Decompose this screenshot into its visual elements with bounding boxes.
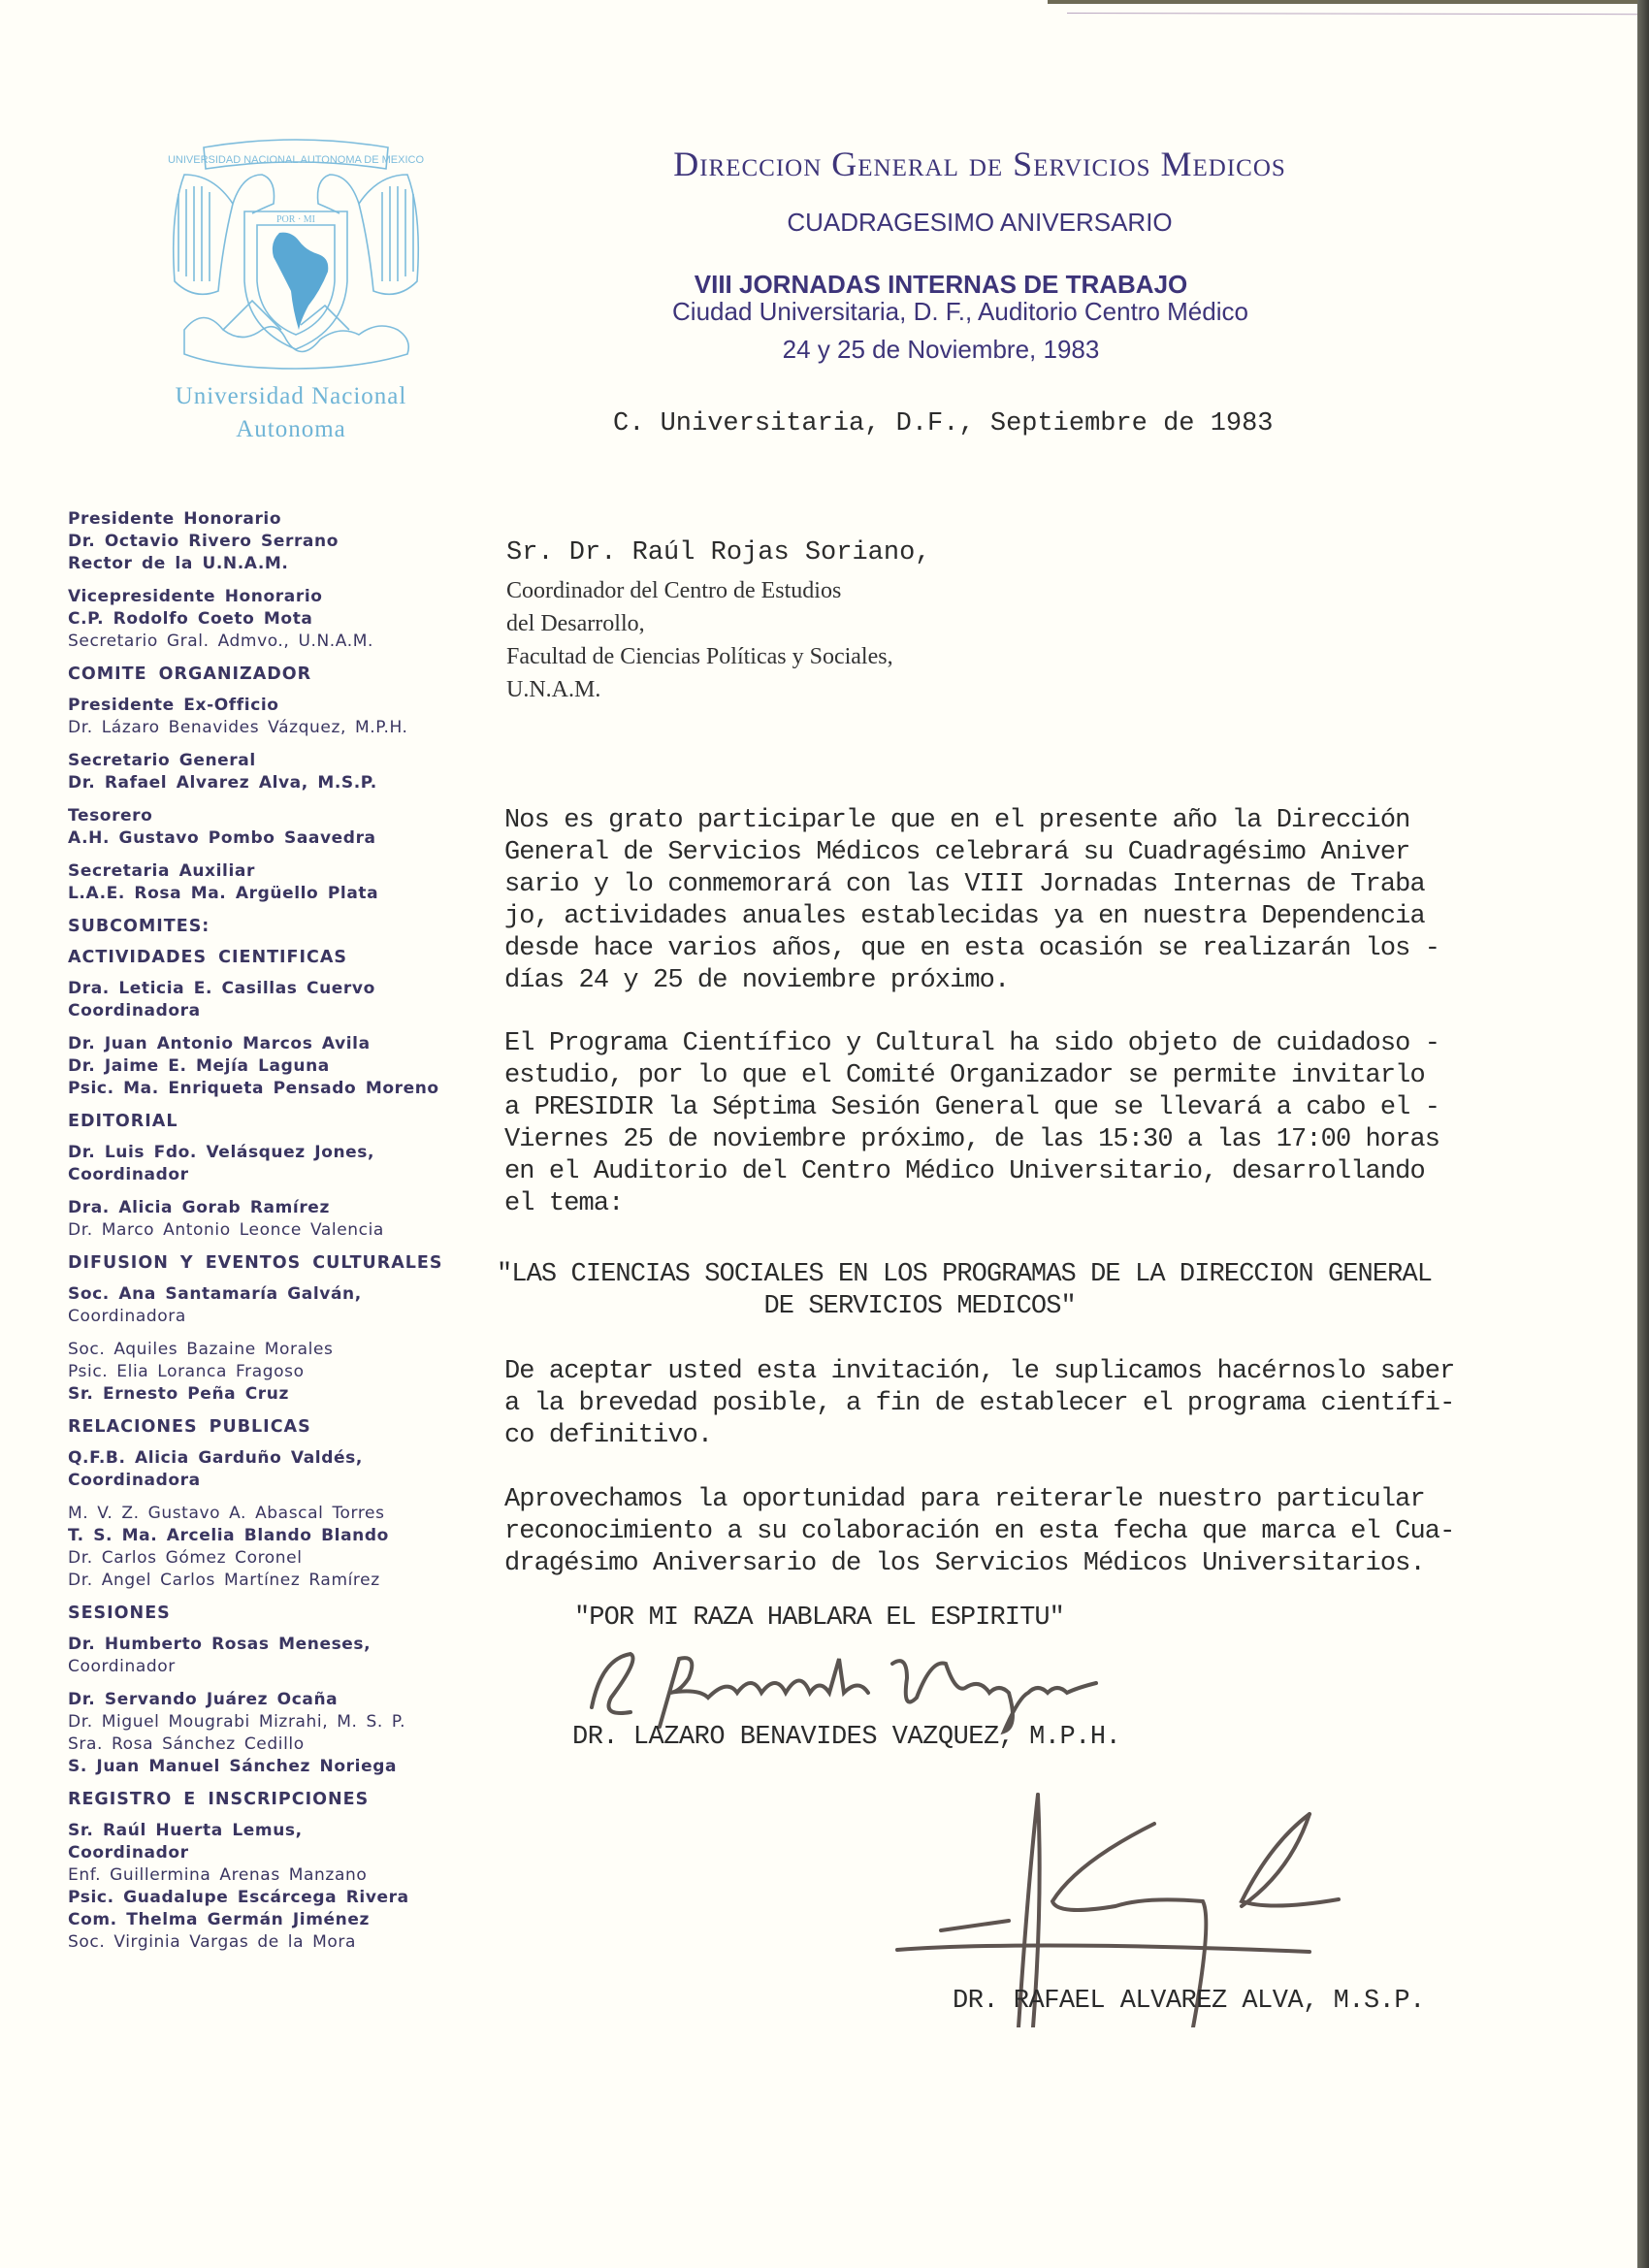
- svg-text:UNIVERSIDAD NACIONAL AUTONOMA: UNIVERSIDAD NACIONAL AUTONOMA DE MEXICO: [168, 154, 424, 166]
- addressee-line: U.N.A.M.: [506, 673, 930, 706]
- university-name: Universidad Nacional Autonoma: [136, 380, 446, 446]
- committee-member-group: M. V. Z. Gustavo A. Abascal TorresT. S. …: [68, 1503, 475, 1592]
- committee-member-line: Vicepresidente Honorario: [68, 586, 475, 608]
- committee-member-line: Soc. Virginia Vargas de la Mora: [68, 1931, 475, 1954]
- body-paragraph-4: Aprovechamos la oportunidad para reitera…: [504, 1484, 1552, 1580]
- committee-member-line: Sr. Raúl Huerta Lemus,: [68, 1820, 475, 1842]
- addressee-line: Coordinador del Centro de Estudios: [506, 574, 930, 607]
- committee-heading: REGISTRO E INSCRIPCIONES: [68, 1789, 475, 1811]
- signer-name-2: DR. RAFAEL ALVAREZ ALVA, M.S.P.: [953, 1987, 1425, 2016]
- session-theme: "LAS CIENCIAS SOCIALES EN LOS PROGRAMAS …: [497, 1259, 1544, 1323]
- body-paragraph-1: Nos es grato participarle que en el pres…: [504, 805, 1552, 997]
- body-paragraph-2: El Programa Científico y Cultural ha sid…: [504, 1028, 1552, 1220]
- committee-member-line: Dr. Carlos Gómez Coronel: [68, 1547, 475, 1570]
- committee-member-line: Dra. Leticia E. Casillas Cuervo: [68, 978, 475, 1000]
- committee-member-line: Dr. Angel Carlos Martínez Ramírez: [68, 1570, 475, 1592]
- committee-member-line: A.H. Gustavo Pombo Saavedra: [68, 827, 475, 850]
- committee-heading: ACTIVIDADES CIENTIFICAS: [68, 947, 475, 969]
- addressee-line: Facultad de Ciencias Políticas y Sociale…: [506, 640, 930, 673]
- committee-member-line: Psic. Elia Loranca Fragoso: [68, 1361, 475, 1383]
- committee-sidebar: Presidente HonorarioDr. Octavio Rivero S…: [68, 508, 475, 1964]
- committee-member-group: Presidente HonorarioDr. Octavio Rivero S…: [68, 508, 475, 575]
- committee-member-line: Tesorero: [68, 805, 475, 827]
- committee-member-line: Dr. Luis Fdo. Velásquez Jones,: [68, 1142, 475, 1164]
- committee-member-line: Dr. Marco Antonio Leonce Valencia: [68, 1219, 475, 1242]
- committee-member-line: Com. Thelma Germán Jiménez: [68, 1909, 475, 1931]
- committee-member-group: Dr. Juan Antonio Marcos AvilaDr. Jaime E…: [68, 1033, 475, 1100]
- committee-member-line: Coordinadora: [68, 1306, 475, 1328]
- committee-member-group: Sr. Raúl Huerta Lemus,CoordinadorEnf. Gu…: [68, 1820, 475, 1954]
- committee-member-group: Dr. Humberto Rosas Meneses,Coordinador: [68, 1634, 475, 1678]
- letterhead-subtitle: CUADRAGESIMO ANIVERSARIO: [543, 208, 1416, 238]
- university-motto: "POR MI RAZA HABLARA EL ESPIRITU": [574, 1604, 1064, 1633]
- scan-edge-line: [1067, 13, 1637, 15]
- committee-member-line: Secretaria Auxiliar: [68, 860, 475, 883]
- committee-member-group: Presidente Ex-OfficioDr. Lázaro Benavide…: [68, 695, 475, 739]
- university-name-line2: Autonoma: [136, 413, 446, 446]
- committee-member-line: Sr. Ernesto Peña Cruz: [68, 1383, 475, 1406]
- committee-member-line: Dr. Lázaro Benavides Vázquez, M.P.H.: [68, 717, 475, 739]
- unam-coat-of-arms-icon: UNIVERSIDAD NACIONAL AUTONOMA DE MEXICO …: [165, 136, 427, 378]
- committee-member-line: Rector de la U.N.A.M.: [68, 553, 475, 575]
- committee-member-line: Soc. Ana Santamaría Galván,: [68, 1283, 475, 1306]
- event-name: VIII JORNADAS INTERNAS DE TRABAJO: [504, 270, 1377, 300]
- committee-member-line: Psic. Guadalupe Escárcega Rivera: [68, 1887, 475, 1909]
- committee-member-line: Secretario General: [68, 750, 475, 772]
- committee-member-line: L.A.E. Rosa Ma. Argüello Plata: [68, 883, 475, 905]
- committee-member-line: Dr. Servando Juárez Ocaña: [68, 1689, 475, 1711]
- committee-heading: SUBCOMITES:: [68, 916, 475, 938]
- committee-heading: EDITORIAL: [68, 1111, 475, 1133]
- committee-member-line: Q.F.B. Alicia Garduño Valdés,: [68, 1447, 475, 1470]
- committee-member-group: Dra. Alicia Gorab RamírezDr. Marco Anton…: [68, 1197, 475, 1242]
- committee-member-line: S. Juan Manuel Sánchez Noriega: [68, 1756, 475, 1778]
- handwritten-signature-icon: [572, 1639, 1174, 1736]
- committee-member-line: Coordinador: [68, 1656, 475, 1678]
- addressee-block: Sr. Dr. Raúl Rojas Soriano, Coordinador …: [506, 532, 930, 706]
- event-place: Ciudad Universitaria, D. F., Auditorio C…: [524, 297, 1397, 327]
- committee-member-group: Q.F.B. Alicia Garduño Valdés,Coordinador…: [68, 1447, 475, 1492]
- scan-edge-top: [1048, 0, 1649, 4]
- committee-heading: SESIONES: [68, 1603, 475, 1625]
- committee-member-group: Vicepresidente HonorarioC.P. Rodolfo Coe…: [68, 586, 475, 653]
- committee-member-line: Dr. Octavio Rivero Serrano: [68, 531, 475, 553]
- committee-member-line: Dr. Miguel Mougrabi Mizrahi, M. S. P.: [68, 1711, 475, 1733]
- committee-member-line: Soc. Aquiles Bazaine Morales: [68, 1339, 475, 1361]
- svg-text:POR · MI: POR · MI: [276, 214, 315, 225]
- committee-member-group: Secretaria AuxiliarL.A.E. Rosa Ma. Argüe…: [68, 860, 475, 905]
- committee-member-group: Dr. Servando Juárez OcañaDr. Miguel Moug…: [68, 1689, 475, 1778]
- committee-member-line: Presidente Ex-Officio: [68, 695, 475, 717]
- committee-member-group: Soc. Aquiles Bazaine MoralesPsic. Elia L…: [68, 1339, 475, 1406]
- committee-member-line: Sra. Rosa Sánchez Cedillo: [68, 1733, 475, 1756]
- committee-member-line: Psic. Ma. Enriqueta Pensado Moreno: [68, 1078, 475, 1100]
- committee-member-line: Dr. Humberto Rosas Meneses,: [68, 1634, 475, 1656]
- committee-member-line: Secretario Gral. Admvo., U.N.A.M.: [68, 631, 475, 653]
- committee-member-line: M. V. Z. Gustavo A. Abascal Torres: [68, 1503, 475, 1525]
- university-name-line1: Universidad Nacional: [136, 380, 446, 413]
- committee-heading: COMITE ORGANIZADOR: [68, 664, 475, 686]
- committee-member-line: Enf. Guillermina Arenas Manzano: [68, 1864, 475, 1887]
- committee-member-line: Dr. Jaime E. Mejía Laguna: [68, 1055, 475, 1078]
- committee-heading: RELACIONES PUBLICAS: [68, 1416, 475, 1439]
- committee-member-line: T. S. Ma. Arcelia Blando Blando: [68, 1525, 475, 1547]
- committee-member-group: TesoreroA.H. Gustavo Pombo Saavedra: [68, 805, 475, 850]
- committee-member-line: Coordinador: [68, 1164, 475, 1186]
- body-paragraph-3: De aceptar usted esta invitación, le sup…: [504, 1356, 1552, 1452]
- committee-member-line: Dr. Juan Antonio Marcos Avila: [68, 1033, 475, 1055]
- event-dates: 24 y 25 de Noviembre, 1983: [504, 335, 1377, 365]
- committee-member-line: Coordinadora: [68, 1000, 475, 1022]
- committee-member-line: Coordinadora: [68, 1470, 475, 1492]
- committee-member-line: C.P. Rodolfo Coeto Mota: [68, 608, 475, 631]
- addressee-name: Sr. Dr. Raúl Rojas Soriano,: [506, 532, 930, 574]
- committee-heading: DIFUSION Y EVENTOS CULTURALES: [68, 1252, 475, 1275]
- committee-member-group: Dra. Leticia E. Casillas CuervoCoordinad…: [68, 978, 475, 1022]
- addressee-line: del Desarrollo,: [506, 607, 930, 640]
- committee-member-line: Dr. Rafael Alvarez Alva, M.S.P.: [68, 772, 475, 794]
- committee-member-line: Presidente Honorario: [68, 508, 475, 531]
- letter-date: C. Universitaria, D.F., Septiembre de 19…: [613, 409, 1274, 438]
- committee-member-line: Coordinador: [68, 1842, 475, 1864]
- committee-member-group: Dr. Luis Fdo. Velásquez Jones,Coordinado…: [68, 1142, 475, 1186]
- scan-edge-right: [1637, 0, 1649, 2268]
- committee-member-line: Dra. Alicia Gorab Ramírez: [68, 1197, 475, 1219]
- committee-member-group: Soc. Ana Santamaría Galván,Coordinadora: [68, 1283, 475, 1328]
- committee-member-group: Secretario GeneralDr. Rafael Alvarez Alv…: [68, 750, 475, 794]
- signer-name-1: DR. LAZARO BENAVIDES VAZQUEZ, M.P.H.: [572, 1723, 1120, 1752]
- letterhead-title: Direccion General de Servicios Medicos: [543, 144, 1416, 184]
